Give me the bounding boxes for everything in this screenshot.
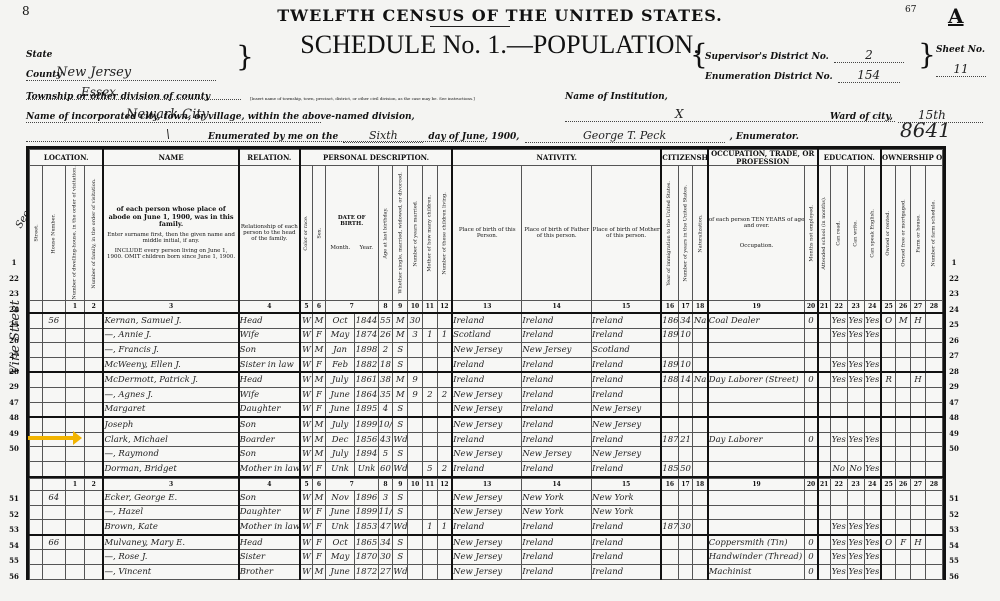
- cell-immigration-year: 1886: [661, 372, 678, 387]
- enumerated-day: Sixth: [343, 129, 423, 143]
- cell-years-in-us: [678, 387, 693, 402]
- col-color: Color or race.: [300, 166, 313, 301]
- cell-color: W: [300, 520, 313, 535]
- cell-sex: M: [313, 491, 326, 506]
- cell-age: 34: [378, 535, 393, 550]
- row-number-left: 47: [4, 398, 24, 407]
- cell-family-number: [84, 417, 103, 432]
- cell-owned-rented: O: [881, 313, 896, 328]
- cell-birth-year: 1899: [355, 417, 378, 432]
- cell-can-read: Yes: [830, 550, 847, 565]
- cell-birthplace-person: Ireland: [452, 520, 522, 535]
- cell-years-married: [408, 447, 423, 462]
- cell-family-number: [84, 372, 103, 387]
- cell-relation: Mother in law: [239, 520, 300, 535]
- cell-person-name: Mulvaney, Mary E.: [103, 535, 238, 550]
- table-row: —, Francis J.SonWMJan18982SNew JerseyNew…: [30, 343, 943, 358]
- cell-farm-house: H: [911, 372, 926, 387]
- cell-birthplace-mother: Ireland: [592, 550, 662, 565]
- cell-relation: Head: [239, 372, 300, 387]
- cell-birthplace-person: New Jersey: [452, 402, 522, 417]
- cell-can-write: Yes: [847, 535, 864, 550]
- table-row: —, VincentBrotherWMJune187227WdNew Jerse…: [30, 564, 943, 579]
- cell-farm-house: [911, 328, 926, 343]
- cell-person-name: —, Agnes J.: [103, 387, 238, 402]
- occupation-col-label: Occupation.: [709, 243, 805, 249]
- cell-sex: F: [313, 357, 326, 372]
- cell-naturalization: [693, 535, 708, 550]
- cell-occupation: [708, 387, 805, 402]
- cell-speaks-english: [864, 417, 881, 432]
- cell-speaks-english: Yes: [864, 461, 881, 476]
- cell-years-in-us: 10: [678, 357, 693, 372]
- table-row: Brown, KateMother in lawWFUnk185347Wd11I…: [30, 520, 943, 535]
- cell-birthplace-person: New Jersey: [452, 491, 522, 506]
- cell-street: [30, 461, 43, 476]
- cell-street: [30, 505, 43, 520]
- cell-can-read: [830, 491, 847, 506]
- cell-birthplace-mother: New York: [592, 505, 662, 520]
- institution-label: Name of Institution,: [565, 92, 668, 102]
- cell-house-number: [42, 372, 65, 387]
- cell-farm-schedule: [925, 535, 942, 550]
- col-write: Can write.: [847, 166, 864, 301]
- cell-can-write: [847, 447, 864, 462]
- cell-birthplace-father: New Jersey: [522, 343, 592, 358]
- cell-farm-house: H: [911, 313, 926, 328]
- census-rows-bottom: 64Ecker, George E.SonWMNov18963SNew Jers…: [30, 491, 943, 580]
- cell-birth-year: 1874: [355, 328, 378, 343]
- cell-birth-month: Oct: [325, 535, 355, 550]
- cell-can-write: No: [847, 461, 864, 476]
- cell-school-months: [818, 520, 831, 535]
- cell-naturalization: [693, 550, 708, 565]
- cell-person-name: —, Annie J.: [103, 328, 238, 343]
- cell-birthplace-person: Ireland: [452, 313, 522, 328]
- census-table-top: LOCATION. NAME RELATION. PERSONAL DESCRI…: [26, 146, 946, 510]
- cell-months-unemployed: [805, 417, 818, 432]
- cell-person-name: McWeeny, Ellen J.: [103, 357, 238, 372]
- col-dwelling: Number of dwelling-house, in the order o…: [65, 166, 84, 301]
- cell-color: W: [300, 387, 313, 402]
- sheet-value: 11: [936, 62, 986, 77]
- cell-color: W: [300, 357, 313, 372]
- cell-can-read: Yes: [830, 372, 847, 387]
- cell-birth-month: Oct: [325, 313, 355, 328]
- cell-age: 26: [378, 328, 393, 343]
- cell-speaks-english: [864, 505, 881, 520]
- supervisor-label: Supervisor's District No.: [705, 52, 829, 62]
- cell-house-number: [42, 417, 65, 432]
- cell-marital-status: S: [393, 447, 408, 462]
- cell-free-mortgaged: [896, 328, 911, 343]
- cell-owned-rented: [881, 520, 896, 535]
- cell-house-number: [42, 387, 65, 402]
- table-row: Dorman, BridgetMother in lawWFUnkUnk60Wd…: [30, 461, 943, 476]
- cell-birth-month: Nov: [325, 491, 355, 506]
- cell-children-living: [437, 535, 452, 550]
- cell-age: 4: [378, 402, 393, 417]
- col-living: Number of these children living.: [437, 166, 452, 301]
- section-personal: PERSONAL DESCRIPTION.: [300, 150, 452, 166]
- cell-relation: Son: [239, 343, 300, 358]
- cell-months-unemployed: [805, 461, 818, 476]
- row-number-right: 47: [944, 398, 964, 407]
- cell-color: W: [300, 505, 313, 520]
- cell-dwelling-number: [65, 550, 84, 565]
- cell-birth-year: Unk: [355, 461, 378, 476]
- cell-months-unemployed: [805, 387, 818, 402]
- cell-marital-status: S: [393, 417, 408, 432]
- row-number-left: 55: [4, 556, 24, 565]
- cell-immigration-year: [661, 535, 678, 550]
- cell-color: W: [300, 447, 313, 462]
- cell-owned-rented: [881, 550, 896, 565]
- col-school: Attended school (in months).: [818, 166, 831, 301]
- cell-birthplace-mother: Ireland: [592, 520, 662, 535]
- cell-person-name: —, Hazel: [103, 505, 238, 520]
- section-relation: RELATION.: [239, 150, 300, 166]
- cell-farm-schedule: [925, 343, 942, 358]
- cell-speaks-english: [864, 447, 881, 462]
- cell-family-number: [84, 491, 103, 506]
- cell-farm-schedule: [925, 505, 942, 520]
- cell-birthplace-father: Ireland: [522, 387, 592, 402]
- cell-immigration-year: 1866: [661, 313, 678, 328]
- cell-years-in-us: 14: [678, 372, 693, 387]
- cell-free-mortgaged: [896, 520, 911, 535]
- row-number-left: 25: [4, 320, 24, 329]
- cell-free-mortgaged: [896, 357, 911, 372]
- row-number-right: 24: [944, 305, 964, 314]
- cell-sex: F: [313, 535, 326, 550]
- cell-family-number: [84, 564, 103, 579]
- cell-color: W: [300, 461, 313, 476]
- cell-months-unemployed: [805, 491, 818, 506]
- cell-owned-rented: O: [881, 535, 896, 550]
- cell-owned-rented: [881, 328, 896, 343]
- cell-can-read: [830, 447, 847, 462]
- cell-birth-month: July: [325, 447, 355, 462]
- cell-birthplace-person: Ireland: [452, 461, 522, 476]
- cell-owned-rented: [881, 417, 896, 432]
- cell-street: [30, 313, 43, 328]
- cell-children-living: [437, 357, 452, 372]
- cell-birth-year: 1861: [355, 372, 378, 387]
- enumerated-field: Enumerated by me on the Sixth day of Jun…: [208, 124, 808, 143]
- cell-relation: Son: [239, 447, 300, 462]
- cell-birth-year: 1853: [355, 520, 378, 535]
- county-label: County: [26, 70, 62, 80]
- cell-street: [30, 491, 43, 506]
- cell-free-mortgaged: [896, 564, 911, 579]
- cell-sex: F: [313, 550, 326, 565]
- cell-birthplace-mother: New Jersey: [592, 417, 662, 432]
- cell-house-number: 64: [42, 491, 65, 506]
- cell-birth-year: 1856: [355, 432, 378, 447]
- cell-birthplace-father: Ireland: [522, 461, 592, 476]
- cell-house-number: [42, 343, 65, 358]
- cell-age: 35: [378, 387, 393, 402]
- cell-marital-status: S: [393, 550, 408, 565]
- cell-naturalization: [693, 564, 708, 579]
- cell-naturalization: [693, 357, 708, 372]
- cell-mother-of: 1: [422, 328, 437, 343]
- cell-immigration-year: 1890: [661, 357, 678, 372]
- cell-street: [30, 417, 43, 432]
- cell-birthplace-father: Ireland: [522, 535, 592, 550]
- cell-birthplace-person: New Jersey: [452, 550, 522, 565]
- cell-birthplace-person: New Jersey: [452, 417, 522, 432]
- cell-birthplace-mother: New Jersey: [592, 447, 662, 462]
- cell-street: [30, 343, 43, 358]
- census-table-bottom: 1 2 3 4 5 6 7 8 9 10 11 12 13 14 15 16 1…: [26, 478, 946, 580]
- cell-birth-year: 1864: [355, 387, 378, 402]
- cell-mother-of: [422, 432, 437, 447]
- cell-years-married: 30: [408, 313, 423, 328]
- cell-free-mortgaged: [896, 387, 911, 402]
- cell-school-months: [818, 328, 831, 343]
- cell-mother-of: [422, 343, 437, 358]
- cell-birth-year: 1872: [355, 564, 378, 579]
- cell-color: W: [300, 328, 313, 343]
- cell-occupation: [708, 357, 805, 372]
- row-number-right: 29: [944, 382, 964, 391]
- cell-street: [30, 535, 43, 550]
- col-birth-person: Place of birth of this Person.: [452, 166, 522, 301]
- cell-dwelling-number: [65, 491, 84, 506]
- section-ownership: OWNERSHIP OF HOME.: [881, 150, 943, 166]
- row-number-right: 22: [944, 274, 964, 283]
- cell-children-living: [437, 564, 452, 579]
- cell-farm-house: [911, 491, 926, 506]
- cell-relation: Wife: [239, 328, 300, 343]
- cell-naturalization: [693, 432, 708, 447]
- state-label: State: [26, 50, 52, 60]
- cell-marital-status: S: [393, 505, 408, 520]
- cell-months-unemployed: 0: [805, 313, 818, 328]
- cell-birth-month: July: [325, 417, 355, 432]
- cell-sex: F: [313, 505, 326, 520]
- cell-farm-house: [911, 447, 926, 462]
- cell-dwelling-number: [65, 357, 84, 372]
- cell-can-read: Yes: [830, 564, 847, 579]
- cell-immigration-year: [661, 343, 678, 358]
- col-occupation: of each person TEN YEARS of age and over…: [708, 166, 805, 301]
- cell-school-months: [818, 343, 831, 358]
- cell-can-read: Yes: [830, 535, 847, 550]
- cell-family-number: [84, 550, 103, 565]
- cell-family-number: [84, 535, 103, 550]
- cell-farm-schedule: [925, 387, 942, 402]
- cell-naturalization: [693, 328, 708, 343]
- cell-occupation: [708, 491, 805, 506]
- cell-farm-schedule: [925, 550, 942, 565]
- cell-naturalization: [693, 505, 708, 520]
- cell-age: 60: [378, 461, 393, 476]
- cell-occupation: [708, 520, 805, 535]
- cell-dwelling-number: [65, 328, 84, 343]
- cell-school-months: [818, 491, 831, 506]
- cell-birthplace-father: Ireland: [522, 564, 592, 579]
- row-number-right: 51: [944, 494, 964, 503]
- cell-naturalization: [693, 520, 708, 535]
- cell-naturalization: [693, 461, 708, 476]
- cell-person-name: Kernan, Samuel J.: [103, 313, 238, 328]
- cell-sex: M: [313, 432, 326, 447]
- cell-sex: F: [313, 328, 326, 343]
- cell-house-number: [42, 402, 65, 417]
- cell-occupation: Day Laborer: [708, 432, 805, 447]
- cell-years-married: [408, 564, 423, 579]
- cell-birthplace-father: New York: [522, 491, 592, 506]
- cell-farm-schedule: [925, 417, 942, 432]
- row-number-left: 50: [4, 444, 24, 453]
- cell-street: [30, 520, 43, 535]
- cell-person-name: Ecker, George E.: [103, 491, 238, 506]
- cell-children-living: 2: [437, 387, 452, 402]
- cell-farm-house: [911, 343, 926, 358]
- row-number-left: 22: [4, 274, 24, 283]
- cell-mother-of: [422, 447, 437, 462]
- cell-can-read: [830, 417, 847, 432]
- cell-birthplace-father: Ireland: [522, 520, 592, 535]
- cell-marital-status: S: [393, 402, 408, 417]
- cell-sex: M: [313, 313, 326, 328]
- cell-family-number: [84, 520, 103, 535]
- cell-relation: Wife: [239, 387, 300, 402]
- enumeration-label: Enumeration District No.: [705, 72, 833, 82]
- township-label: Township or other division of county: [26, 92, 210, 102]
- cell-house-number: [42, 520, 65, 535]
- cell-family-number: [84, 328, 103, 343]
- cell-birthplace-mother: Scotland: [592, 343, 662, 358]
- cell-birthplace-mother: Ireland: [592, 461, 662, 476]
- cell-age: 2: [378, 343, 393, 358]
- cell-can-write: [847, 417, 864, 432]
- cell-years-in-us: [678, 343, 693, 358]
- row-number-right: 28: [944, 367, 964, 376]
- cell-marital-status: S: [393, 357, 408, 372]
- cell-mother-of: 1: [422, 520, 437, 535]
- cell-street: [30, 328, 43, 343]
- row-number-left: 1: [4, 258, 24, 267]
- cell-birthplace-mother: Ireland: [592, 564, 662, 579]
- cell-speaks-english: Yes: [864, 550, 881, 565]
- cell-years-married: [408, 343, 423, 358]
- row-number-left: 52: [4, 510, 24, 519]
- cell-children-living: 2: [437, 461, 452, 476]
- cell-dwelling-number: [65, 505, 84, 520]
- cell-family-number: [84, 343, 103, 358]
- cell-farm-house: [911, 402, 926, 417]
- col-family: Number of family, in the order of visita…: [84, 166, 103, 301]
- cell-birthplace-father: Ireland: [522, 357, 592, 372]
- cell-can-write: Yes: [847, 432, 864, 447]
- cell-school-months: [818, 447, 831, 462]
- cell-marital-status: S: [393, 491, 408, 506]
- cell-immigration-year: 1879: [661, 432, 678, 447]
- cell-occupation: [708, 447, 805, 462]
- cell-months-unemployed: [805, 520, 818, 535]
- cell-can-read: Yes: [830, 328, 847, 343]
- cell-years-married: [408, 505, 423, 520]
- cell-owned-rented: [881, 343, 896, 358]
- cell-school-months: [818, 372, 831, 387]
- col-name-desc: of each person whose place of abode on J…: [103, 166, 238, 301]
- cell-naturalization: Na: [693, 372, 708, 387]
- cell-free-mortgaged: [896, 461, 911, 476]
- cell-owned-rented: [881, 387, 896, 402]
- row-number-right: 56: [944, 572, 964, 581]
- cell-family-number: [84, 313, 103, 328]
- cell-speaks-english: Yes: [864, 432, 881, 447]
- cell-immigration-year: [661, 550, 678, 565]
- cell-birth-month: Jan: [325, 343, 355, 358]
- col-relation-desc: Relationship of each person to the head …: [239, 166, 300, 301]
- cell-dwelling-number: [65, 372, 84, 387]
- cell-free-mortgaged: [896, 417, 911, 432]
- cell-house-number: [42, 505, 65, 520]
- cell-can-read: Yes: [830, 432, 847, 447]
- cell-school-months: [818, 432, 831, 447]
- cell-speaks-english: [864, 491, 881, 506]
- cell-speaks-english: Yes: [864, 372, 881, 387]
- cell-birthplace-mother: Ireland: [592, 432, 662, 447]
- cell-school-months: [818, 564, 831, 579]
- row-number-left: 29: [4, 382, 24, 391]
- cell-birth-year: 1896: [355, 491, 378, 506]
- cell-birthplace-mother: Ireland: [592, 328, 662, 343]
- cell-marital-status: S: [393, 343, 408, 358]
- row-number-left: 49: [4, 429, 24, 438]
- cell-family-number: [84, 447, 103, 462]
- cell-relation: Brother: [239, 564, 300, 579]
- cell-dwelling-number: [65, 387, 84, 402]
- cell-birthplace-father: Ireland: [522, 372, 592, 387]
- row-number-left: 56: [4, 572, 24, 581]
- cell-color: W: [300, 313, 313, 328]
- cell-relation: Son: [239, 417, 300, 432]
- cell-color: W: [300, 564, 313, 579]
- table-row: JosephSonWMJuly189910/12SNew JerseyIrela…: [30, 417, 943, 432]
- cell-can-write: [847, 491, 864, 506]
- col-years-married: Number of years married.: [408, 166, 423, 301]
- cell-can-read: Yes: [830, 313, 847, 328]
- cell-birthplace-mother: Ireland: [592, 357, 662, 372]
- cell-color: W: [300, 550, 313, 565]
- cell-mother-of: 2: [422, 387, 437, 402]
- cell-can-write: Yes: [847, 372, 864, 387]
- row-number-right: 26: [944, 336, 964, 345]
- col-marital: Whether single, married, widowed, or div…: [393, 166, 408, 301]
- row-number-right: 54: [944, 541, 964, 550]
- cell-children-living: [437, 313, 452, 328]
- cell-children-living: [437, 491, 452, 506]
- cell-sex: M: [313, 417, 326, 432]
- row-number-right: 23: [944, 289, 964, 298]
- row-number-left: 26: [4, 336, 24, 345]
- col-house: House Number.: [42, 166, 65, 301]
- cell-birthplace-person: Ireland: [452, 372, 522, 387]
- cell-farm-schedule: [925, 372, 942, 387]
- cell-immigration-year: 1890: [661, 328, 678, 343]
- col-birth-father: Place of birth of Father of this person.: [522, 166, 592, 301]
- cell-mother-of: [422, 535, 437, 550]
- enumerator-label: , Enumerator.: [730, 132, 799, 142]
- cell-street: [30, 372, 43, 387]
- cell-birthplace-person: New Jersey: [452, 343, 522, 358]
